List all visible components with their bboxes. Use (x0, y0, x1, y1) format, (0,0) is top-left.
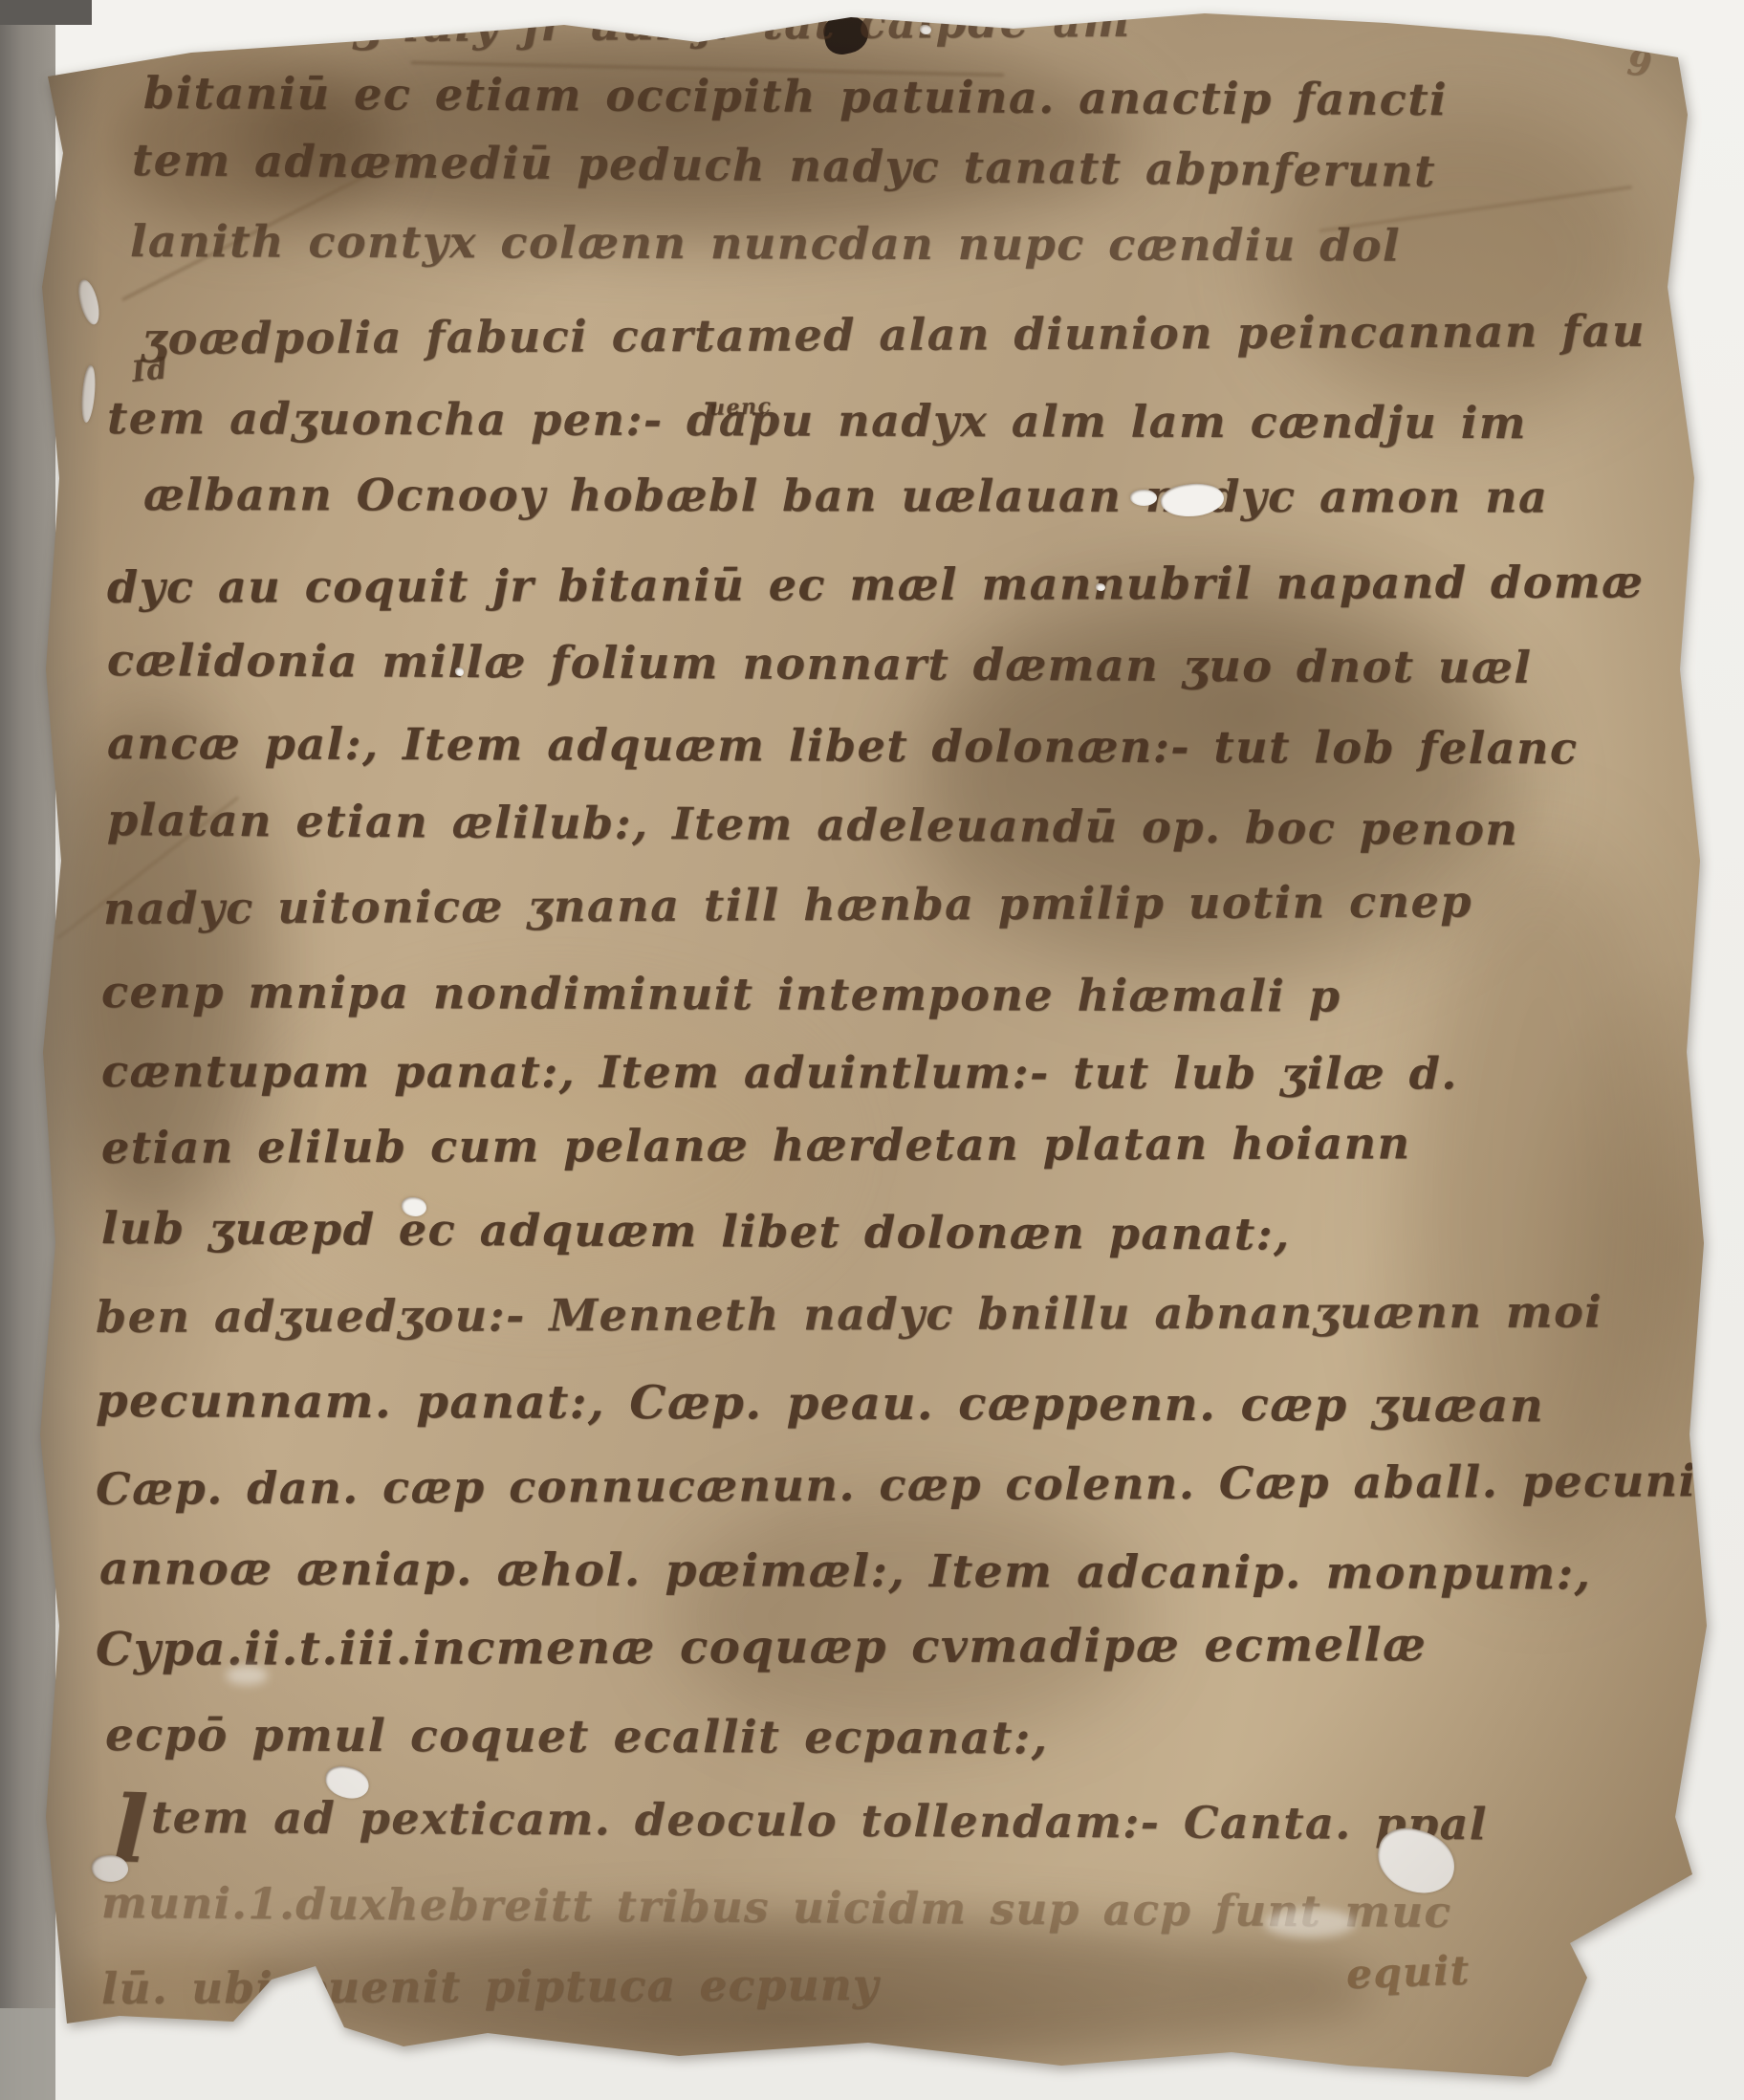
parchment-shadow: ʒunt m ʒ iuly jr uul jr tat caipde ambit… (0, 0, 1744, 2100)
glare-highlight (1264, 1909, 1356, 1937)
worm-hole (455, 667, 464, 676)
left-guard-film (29, 10, 103, 2080)
worm-hole (1129, 489, 1157, 507)
worm-hole (1370, 1822, 1461, 1900)
parchment: ʒunt m ʒ iuly jr uul jr tat caipde ambit… (29, 10, 1726, 2080)
worm-hole (1159, 480, 1226, 521)
worm-hole (402, 1197, 426, 1216)
worm-hole (1096, 583, 1105, 591)
worm-hole (323, 1763, 372, 1802)
glare-highlight (226, 1666, 268, 1685)
worm-hole (920, 25, 931, 34)
scan-background: ʒunt m ʒ iuly jr uul jr tat caipde ambit… (0, 0, 1744, 2100)
hole-layer (0, 0, 1744, 2100)
book-spine-strip-bottom (0, 2008, 55, 2100)
